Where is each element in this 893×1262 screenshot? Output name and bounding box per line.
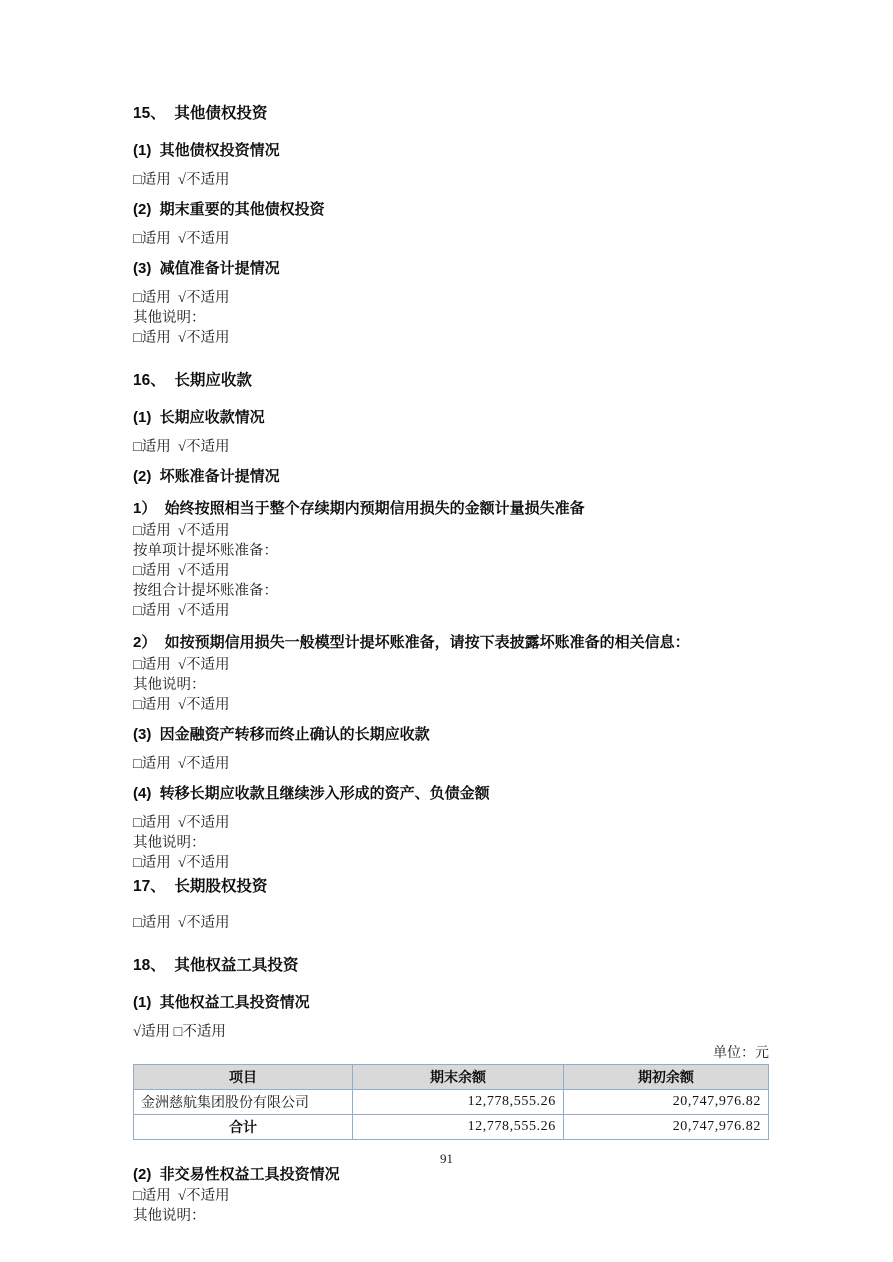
table-header-row: 项目 期末余额 期初余额 [134, 1065, 769, 1090]
section-15-sub-3: (3) 减值准备计提情况 [133, 258, 769, 279]
table-header-item: 项目 [134, 1065, 353, 1090]
applicability-na-line: □适用 √不适用 [133, 913, 769, 933]
table-row: 金洲慈航集团股份有限公司 12,778,555.26 20,747,976.82 [134, 1090, 769, 1115]
section-17-title: 17、 长期股权投资 [133, 876, 769, 898]
section-16-title: 16、 长期应收款 [133, 370, 769, 392]
other-note-label: 其他说明： [133, 675, 769, 695]
applicability-na-line: □适用 √不适用 [133, 754, 769, 774]
by-item-provision-label: 按单项计提坏账准备： [133, 541, 769, 561]
applicability-na-line: □适用 √不适用 [133, 170, 769, 190]
applicability-na-line: □适用 √不适用 [133, 561, 769, 581]
other-note-label: 其他说明： [133, 308, 769, 328]
section-16-sub-4: (4) 转移长期应收款且继续涉入形成的资产、负债金额 [133, 783, 769, 804]
table-cell-item: 金洲慈航集团股份有限公司 [134, 1090, 353, 1115]
table-header-beginning-balance: 期初余额 [563, 1065, 768, 1090]
applicability-na-line: □适用 √不适用 [133, 1186, 769, 1206]
other-note-label: 其他说明： [133, 833, 769, 853]
other-note-label: 其他说明： [133, 1206, 769, 1226]
section-16-sub-3: (3) 因金融资产转移而终止确认的长期应收款 [133, 724, 769, 745]
table-cell-total-beginning: 20,747,976.82 [563, 1115, 768, 1140]
unit-label: 单位：元 [133, 1044, 769, 1064]
by-group-provision-label: 按组合计提坏账准备： [133, 581, 769, 601]
page-number: 91 [0, 1150, 893, 1168]
table-cell-ending-balance: 12,778,555.26 [353, 1090, 564, 1115]
table-cell-beginning-balance: 20,747,976.82 [563, 1090, 768, 1115]
applicability-na-line: □适用 √不适用 [133, 853, 769, 873]
section-18-title: 18、 其他权益工具投资 [133, 955, 769, 977]
page-content: 15、 其他债权投资 (1) 其他债权投资情况 □适用 √不适用 (2) 期末重… [133, 103, 769, 1226]
section-15-title: 15、 其他债权投资 [133, 103, 769, 125]
section-15-sub-2: (2) 期末重要的其他债权投资 [133, 199, 769, 220]
applicability-na-line: □适用 √不适用 [133, 813, 769, 833]
applicability-na-line: □适用 √不适用 [133, 521, 769, 541]
applicability-na-line: □适用 √不适用 [133, 655, 769, 675]
applicability-na-line: □适用 √不适用 [133, 601, 769, 621]
section-18-sub-1: (1) 其他权益工具投资情况 [133, 992, 769, 1013]
applicability-na-line: □适用 √不适用 [133, 695, 769, 715]
applicability-na-line: □适用 √不适用 [133, 229, 769, 249]
document-page: 15、 其他债权投资 (1) 其他债权投资情况 □适用 √不适用 (2) 期末重… [0, 0, 893, 1262]
table-cell-total-ending: 12,778,555.26 [353, 1115, 564, 1140]
section-16-sub-2-item-1: 1） 始终按照相当于整个存续期内预期信用损失的金额计量损失准备 [133, 498, 769, 519]
table-row-total: 合计 12,778,555.26 20,747,976.82 [134, 1115, 769, 1140]
section-16-sub-2: (2) 坏账准备计提情况 [133, 466, 769, 487]
equity-instrument-investment-table: 项目 期末余额 期初余额 金洲慈航集团股份有限公司 12,778,555.26 … [133, 1064, 769, 1140]
applicability-na-line: □适用 √不适用 [133, 328, 769, 348]
section-16-sub-2-item-2: 2） 如按预期信用损失一般模型计提坏账准备，请按下表披露坏账准备的相关信息： [133, 632, 769, 653]
table-cell-total-label: 合计 [134, 1115, 353, 1140]
applicability-na-line: □适用 √不适用 [133, 437, 769, 457]
applicability-yes-line: √适用 □不适用 [133, 1022, 769, 1042]
section-15-sub-1: (1) 其他债权投资情况 [133, 140, 769, 161]
applicability-na-line: □适用 √不适用 [133, 288, 769, 308]
table-header-ending-balance: 期末余额 [353, 1065, 564, 1090]
section-16-sub-1: (1) 长期应收款情况 [133, 407, 769, 428]
